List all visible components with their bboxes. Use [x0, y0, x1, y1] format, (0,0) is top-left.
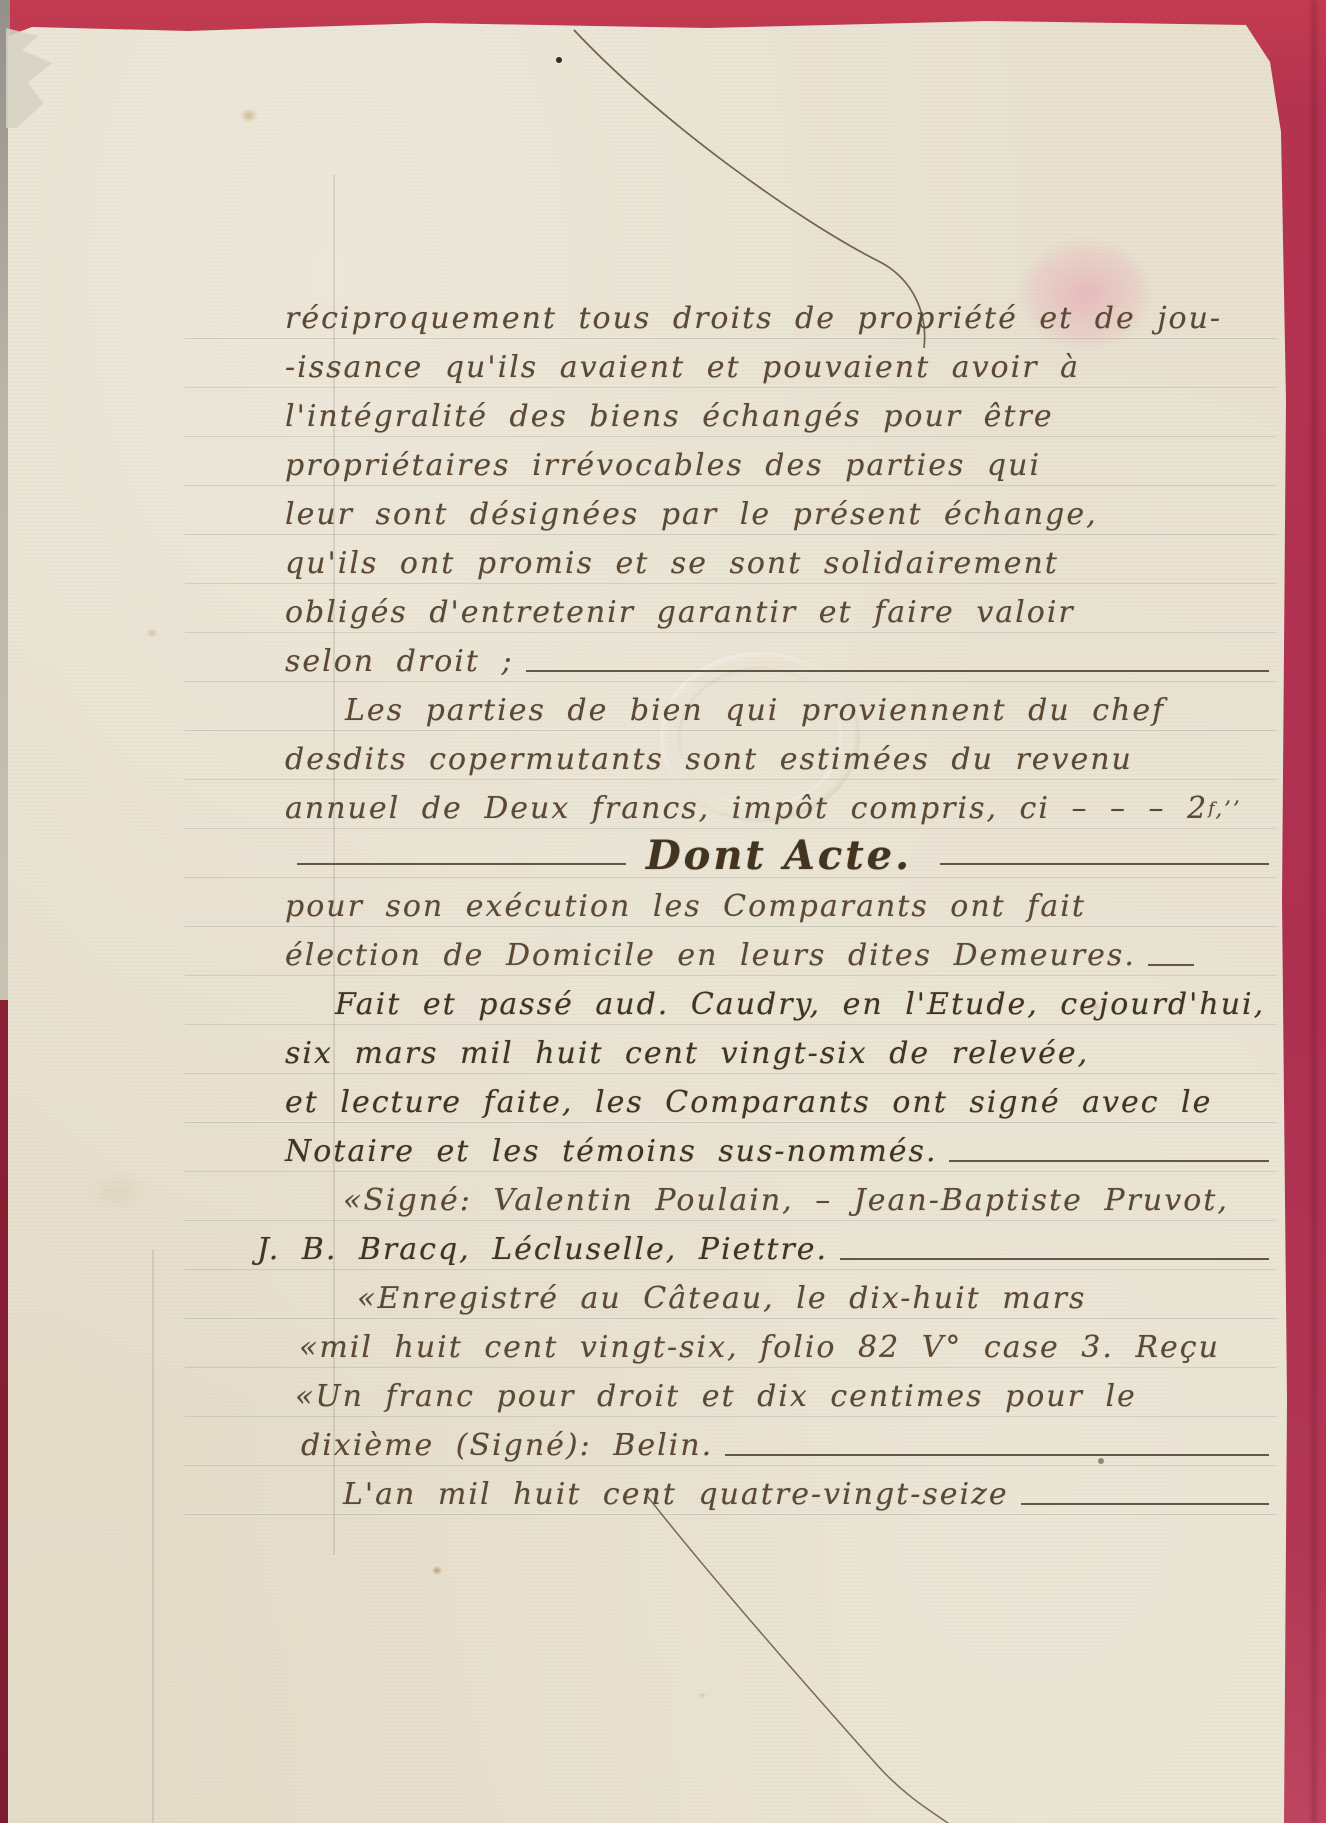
manuscript-line: six mars mil huit cent vingt-six de rele…	[285, 1025, 1273, 1074]
ink-rule	[940, 863, 1269, 865]
fold-crease	[152, 1250, 154, 1823]
ink-rule	[297, 863, 626, 865]
manuscript-line: propriétaires irrévocables des parties q…	[285, 437, 1273, 486]
manuscript-text: réciproquement tous droits de propriété …	[285, 290, 1273, 1515]
manuscript-line: desdits copermutants sont estimées du re…	[285, 731, 1273, 780]
scan-edge-bottom	[0, 1000, 9, 1823]
manuscript-line: «Un franc pour droit et dix centimes pou…	[285, 1368, 1273, 1417]
ink-rule	[1021, 1503, 1269, 1505]
manuscript-line: pour son exécution les Comparants ont fa…	[285, 878, 1273, 927]
manuscript-line: élection de Domicile en leurs dites Deme…	[285, 927, 1273, 976]
manuscript-line: leur sont désignées par le présent échan…	[285, 486, 1273, 535]
ink-rule	[1148, 964, 1194, 966]
manuscript-line: l'intégralité des biens échangés pour êt…	[285, 388, 1273, 437]
ink-rule	[526, 670, 1269, 672]
manuscript-line: Notaire et les témoins sus-nommés.	[285, 1123, 1273, 1172]
manuscript-line: annuel de Deux francs, impôt compris, ci…	[285, 780, 1273, 829]
manuscript-line: J. B. Bracq, Lécluselle, Piettre.	[257, 1221, 1273, 1270]
manuscript-line: «mil huit cent vingt-six, folio 82 V° ca…	[285, 1319, 1273, 1368]
manuscript-line: et lecture faite, les Comparants ont sig…	[285, 1074, 1273, 1123]
manuscript-line: obligés d'entretenir garantir et faire v…	[285, 584, 1273, 633]
manuscript-line: qu'ils ont promis et se sont solidaireme…	[285, 535, 1273, 584]
manuscript-line: «Signé: Valentin Poulain, – Jean-Baptist…	[285, 1172, 1273, 1221]
manuscript-line: «Enregistré au Câteau, le dix-huit mars	[285, 1270, 1273, 1319]
ink-rule	[840, 1258, 1269, 1260]
manuscript-line: selon droit ;	[285, 633, 1273, 682]
manuscript-line: -issance qu'ils avaient et pouvaient avo…	[285, 339, 1273, 388]
folder-fold-shadow	[1312, 0, 1316, 1823]
ink-rule	[725, 1454, 1269, 1456]
scanned-document: réciproquement tous droits de propriété …	[0, 0, 1326, 1823]
manuscript-line: L'an mil huit cent quatre-vingt-seize	[285, 1466, 1273, 1515]
manuscript-line: Fait et passé aud. Caudry, en l'Etude, c…	[285, 976, 1273, 1025]
section-heading-row: Dont Acte.	[285, 829, 1273, 878]
manuscript-line: réciproquement tous droits de propriété …	[285, 290, 1273, 339]
manuscript-line: Les parties de bien qui proviennent du c…	[285, 682, 1273, 731]
manuscript-line: dixième (Signé): Belin.	[285, 1417, 1273, 1466]
section-heading: Dont Acte.	[630, 834, 928, 878]
ink-rule	[949, 1160, 1269, 1162]
